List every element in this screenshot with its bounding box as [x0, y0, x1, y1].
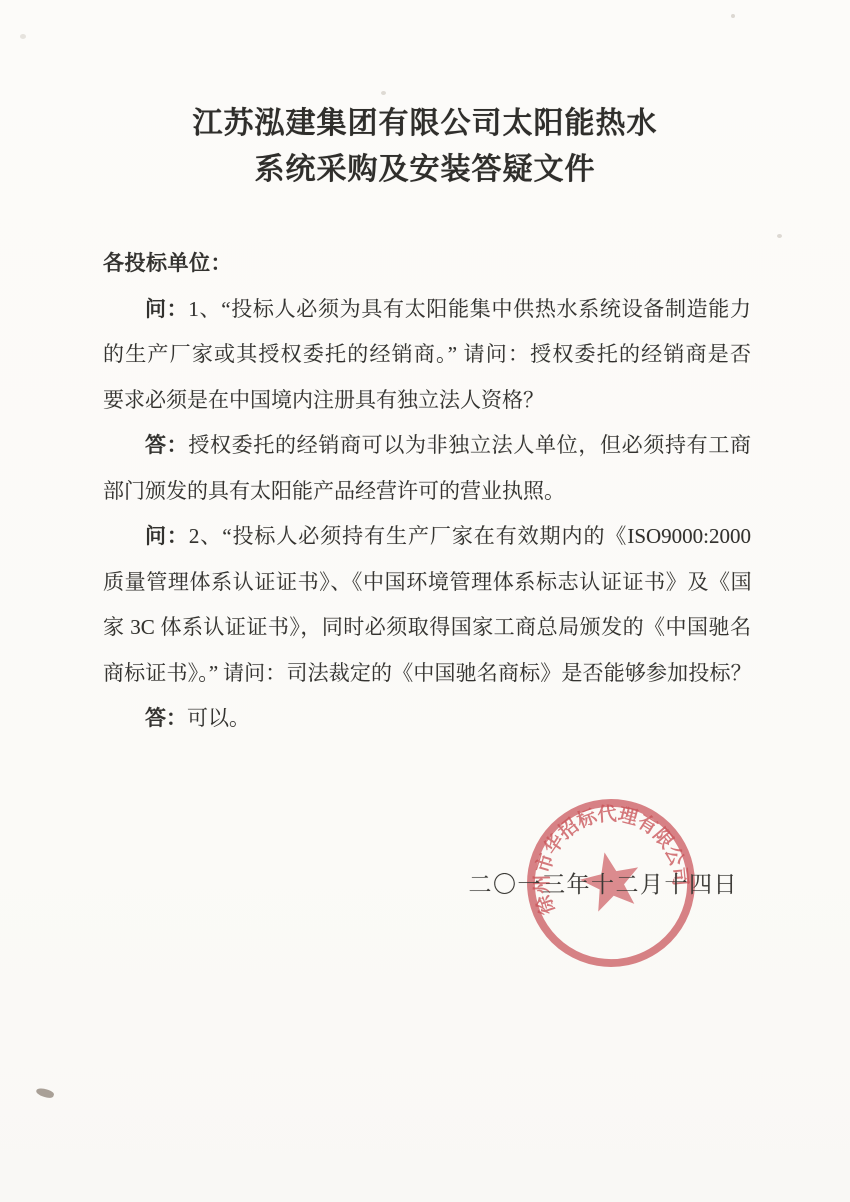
question2-line2: 质量管理体系认证证书》、《中国环境管理体系标志认证证书》及《国 — [103, 560, 751, 606]
answer-prefix: 答： — [145, 706, 187, 730]
answer1-text: 授权委托的经销商可以为非独立法人单位，但必须持有工商 — [188, 433, 751, 457]
answer2-line1: 答：可以。 — [103, 696, 751, 742]
title-line-1: 江苏泓建集团有限公司太阳能热水 — [0, 101, 850, 147]
title-line-2: 系统采购及安装答疑文件 — [0, 147, 850, 193]
scan-speck — [20, 34, 26, 39]
question2-line3: 家 3C 体系认证证书》，同时必须取得国家工商总局颁发的《中国驰名 — [103, 605, 751, 651]
answer-prefix: 答： — [145, 433, 188, 457]
document-body: 各投标单位： 问：1、“投标人必须为具有太阳能集中供热水系统设备制造能力 的生产… — [103, 241, 751, 742]
question2-line4: 商标证书》。” 请问：司法裁定的《中国驰名商标》是否能够参加投标？ — [103, 651, 751, 697]
question2-line1: 问：2、“投标人必须持有生产厂家在有效期内的《ISO9000:2000 — [103, 514, 751, 560]
salutation: 各投标单位： — [103, 241, 751, 287]
answer2-text: 可以。 — [187, 706, 250, 730]
document-page: 江苏泓建集团有限公司太阳能热水 系统采购及安装答疑文件 各投标单位： 问：1、“… — [0, 0, 850, 1202]
scan-smudge — [35, 1086, 55, 1099]
scan-speck — [777, 234, 782, 238]
answer1-line1: 答：授权委托的经销商可以为非独立法人单位，但必须持有工商 — [103, 423, 751, 469]
document-title: 江苏泓建集团有限公司太阳能热水 系统采购及安装答疑文件 — [0, 101, 850, 193]
question-prefix: 问： — [145, 297, 188, 321]
question1-line3: 要求必须是在中国境内注册具有独立法人资格？ — [103, 378, 751, 424]
question1-line2: 的生产厂家或其授权委托的经销商。” 请问：授权委托的经销商是否 — [103, 332, 751, 378]
scan-speck — [381, 91, 386, 95]
document-date: 二〇一三年十二月十四日 — [469, 866, 739, 899]
question-prefix: 问： — [145, 524, 189, 548]
question1-text: 1、“投标人必须为具有太阳能集中供热水系统设备制造能力 — [188, 297, 751, 321]
scan-speck — [731, 14, 735, 18]
question1-line1: 问：1、“投标人必须为具有太阳能集中供热水系统设备制造能力 — [103, 287, 751, 333]
question2-text: 2、“投标人必须持有生产厂家在有效期内的《ISO9000:2000 — [189, 524, 751, 548]
answer1-line2: 部门颁发的具有太阳能产品经营许可的营业执照。 — [103, 469, 751, 515]
